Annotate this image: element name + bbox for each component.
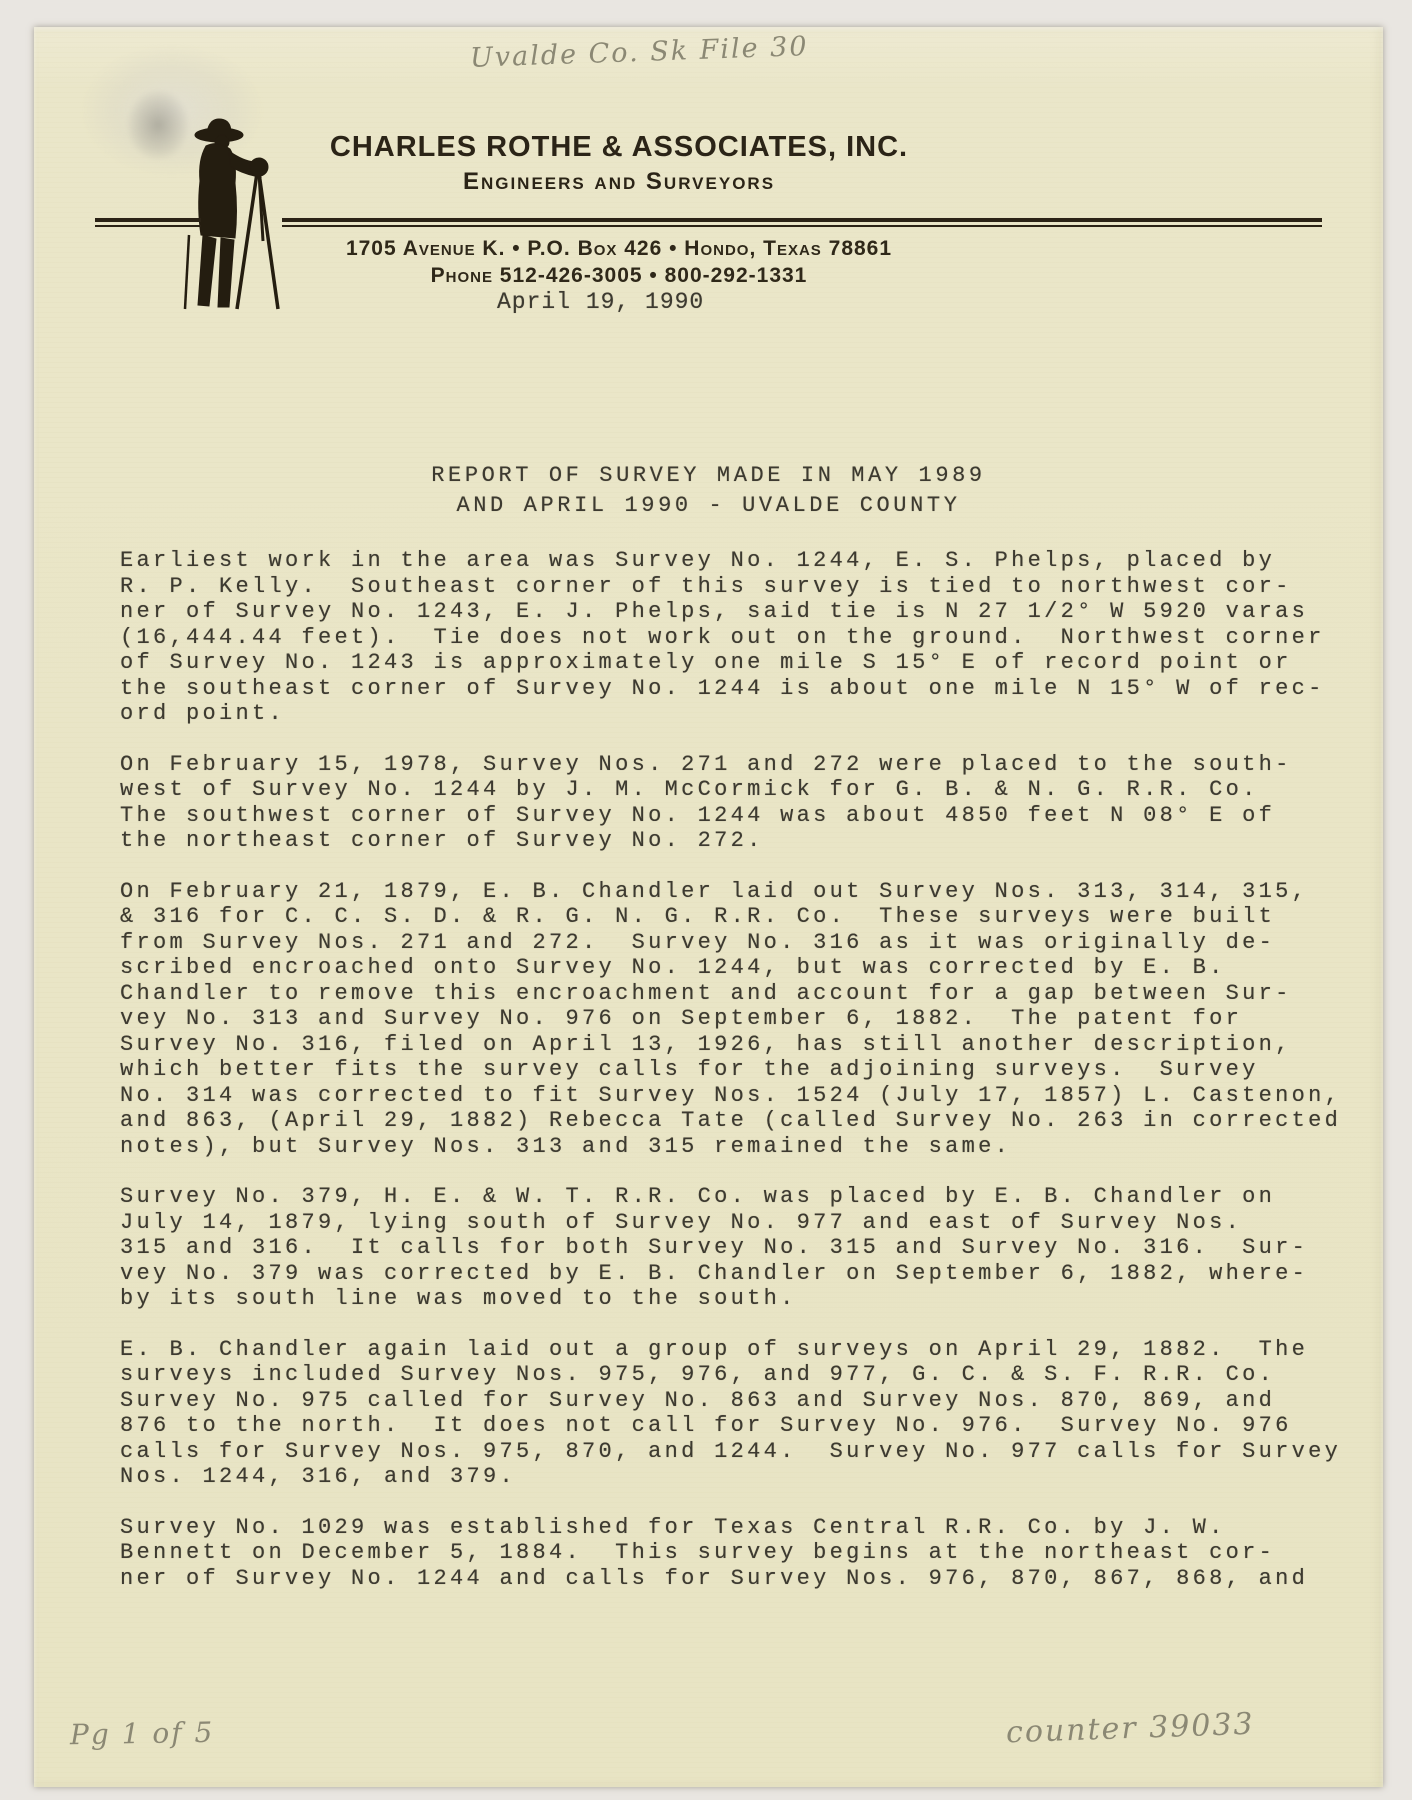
company-address: 1705 Avenue K. • P.O. Box 426 • Hondo, T… — [204, 237, 1034, 261]
handwritten-file-note: Uvalde Co. Sk File 30 — [470, 31, 809, 74]
report-body: Earliest work in the area was Survey No.… — [120, 548, 1370, 1616]
letterhead-rule-left — [95, 218, 201, 228]
paragraph: Survey No. 379, H. E. & W. T. R.R. Co. w… — [120, 1184, 1370, 1312]
report-title-line2: AND APRIL 1990 - UVALDE COUNTY — [34, 491, 1383, 521]
company-phone: Phone 512-426-3005 • 800-292-1331 — [204, 264, 1034, 288]
company-tagline: Engineers and Surveyors — [204, 168, 1034, 196]
company-name: CHARLES ROTHE & ASSOCIATES, INC. — [204, 131, 1034, 164]
paragraph: E. B. Chandler again laid out a group of… — [120, 1337, 1370, 1490]
scanned-page: Uvalde Co. Sk File 30 CHARLES ROTHE & AS… — [34, 27, 1383, 1787]
paragraph: Survey No. 1029 was established for Texa… — [120, 1515, 1370, 1592]
paragraph: On February 21, 1879, E. B. Chandler lai… — [120, 879, 1370, 1160]
paragraph: On February 15, 1978, Survey Nos. 271 an… — [120, 752, 1370, 854]
report-title: REPORT OF SURVEY MADE IN MAY 1989 AND AP… — [34, 461, 1383, 521]
report-title-line1: REPORT OF SURVEY MADE IN MAY 1989 — [34, 461, 1383, 491]
paragraph: Earliest work in the area was Survey No.… — [120, 548, 1370, 727]
handwritten-counter-number: counter 39033 — [1005, 1707, 1255, 1751]
handwritten-page-number: Pg 1 of 5 — [70, 1716, 215, 1752]
document-date: April 19, 1990 — [497, 289, 704, 315]
letterhead-rule-right — [282, 218, 1322, 228]
